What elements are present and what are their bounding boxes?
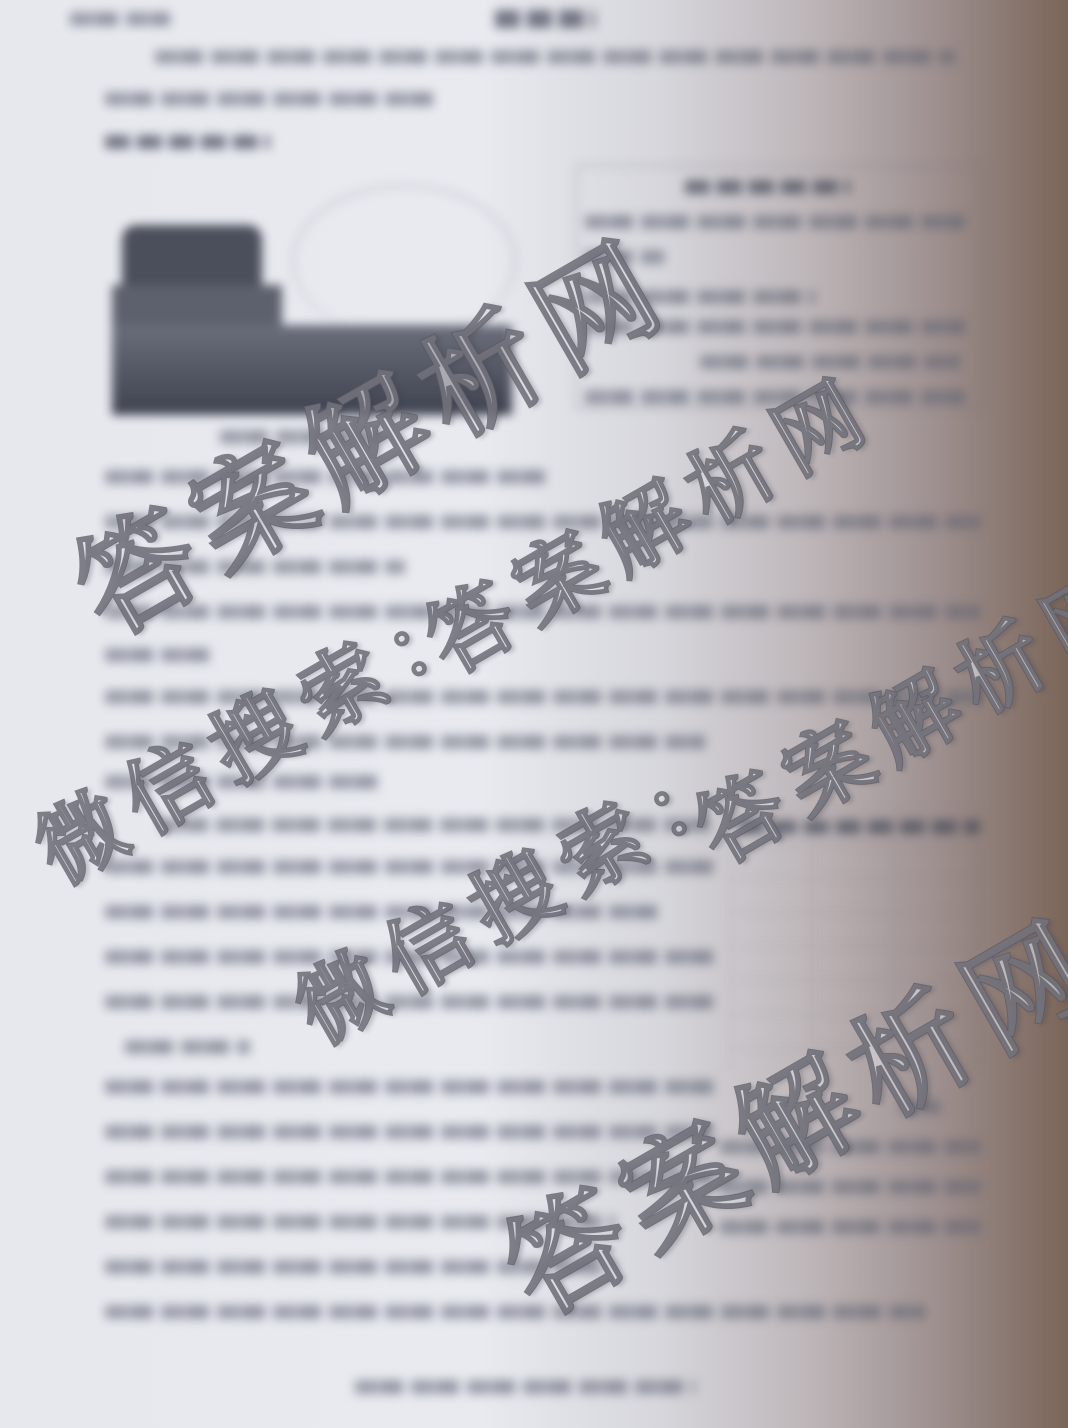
header-left-text xyxy=(70,12,170,26)
text-line xyxy=(155,50,955,64)
text-line xyxy=(105,1305,925,1319)
section-heading xyxy=(105,135,270,149)
side-box-title xyxy=(685,180,850,194)
text-line xyxy=(105,92,440,106)
text-line xyxy=(125,1040,250,1054)
page-footer xyxy=(355,1380,695,1394)
text-line xyxy=(105,1080,715,1094)
side-box-line xyxy=(585,215,965,229)
header-title xyxy=(495,10,595,28)
